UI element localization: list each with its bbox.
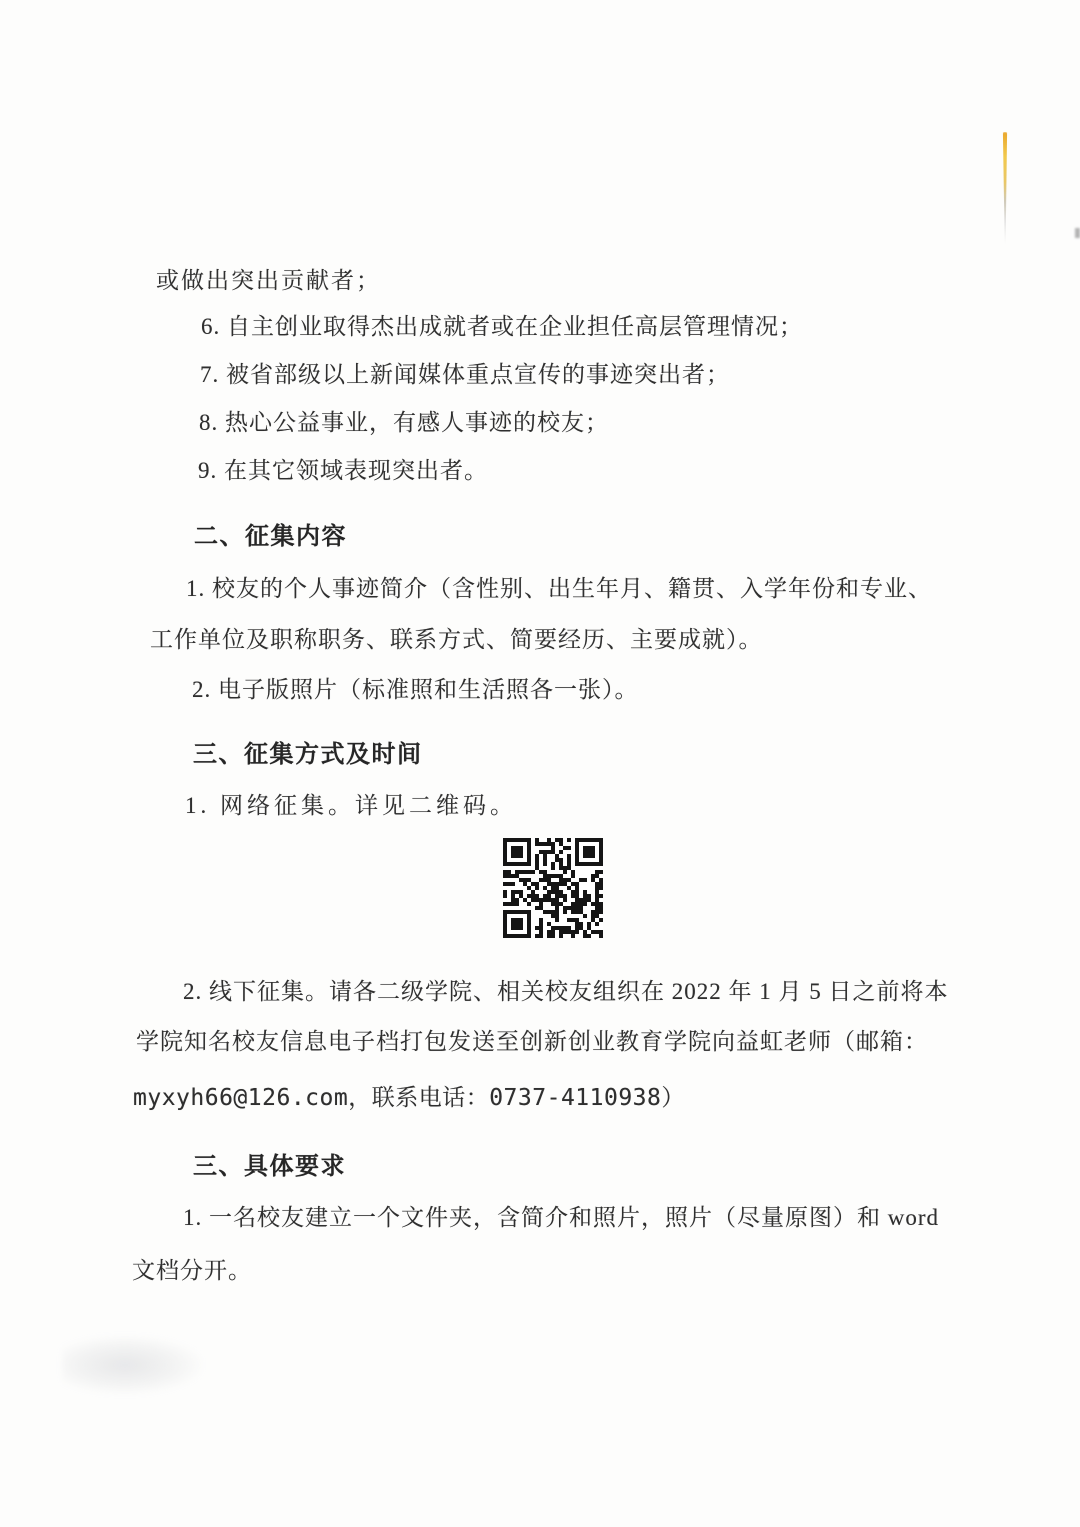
heading-section-3-specific-requirements: 三、具体要求 (193, 1151, 346, 1182)
para-electronic-photos: 2. 电子版照片（标准照和生活照各一张）。 (192, 675, 639, 705)
list-item-8: 8. 热心公益事业，有感人事迹的校友； (199, 408, 609, 438)
faint-smudge-artifact (62, 1336, 202, 1394)
para-folder-requirement-cont: 文档分开。 (132, 1256, 252, 1286)
line-contribution-clause: 或做出突出贡献者； (156, 266, 381, 296)
para-alumni-profile: 1. 校友的个人事迹简介（含性别、出生年月、籍贯、入学年份和专业、 (186, 574, 932, 604)
para-alumni-profile-cont: 工作单位及职称职务、联系方式、简要经历、主要成就）。 (150, 625, 763, 655)
contact-email-phone-line: myxyh66@126.com，联系电话：0737-4110938） (133, 1084, 685, 1114)
para-online-collection: 1. 网络征集。详见二维码。 (185, 791, 517, 821)
list-item-6: 6. 自主创业取得杰出成就者或在企业担任高层管理情况； (201, 312, 803, 342)
para-offline-collection: 2. 线下征集。请各二级学院、相关校友组织在 2022 年 1 月 5 日之前将… (183, 977, 949, 1007)
para-offline-collection-cont: 学院知名校友信息电子档打包发送至创新创业教育学院向益虹老师（邮箱： (136, 1027, 928, 1057)
list-item-9: 9. 在其它领域表现突出者。 (198, 456, 488, 486)
heading-section-3-collection-method: 三、征集方式及时间 (193, 739, 423, 770)
list-item-7: 7. 被省部级以上新闻媒体重点宣传的事迹突出者； (200, 360, 730, 390)
scanned-document-page: 或做出突出贡献者； 6. 自主创业取得杰出成就者或在企业担任高层管理情况； 7.… (0, 0, 1080, 1527)
para-folder-requirement: 1. 一名校友建立一个文件夹，含简介和照片，照片（尽量原图）和 word (183, 1203, 939, 1233)
scan-highlight-artifact (1002, 132, 1008, 244)
heading-section-2-collection-content: 二、征集内容 (194, 521, 347, 552)
qr-code-image (503, 838, 603, 938)
page-edge-artifact (1075, 228, 1080, 238)
